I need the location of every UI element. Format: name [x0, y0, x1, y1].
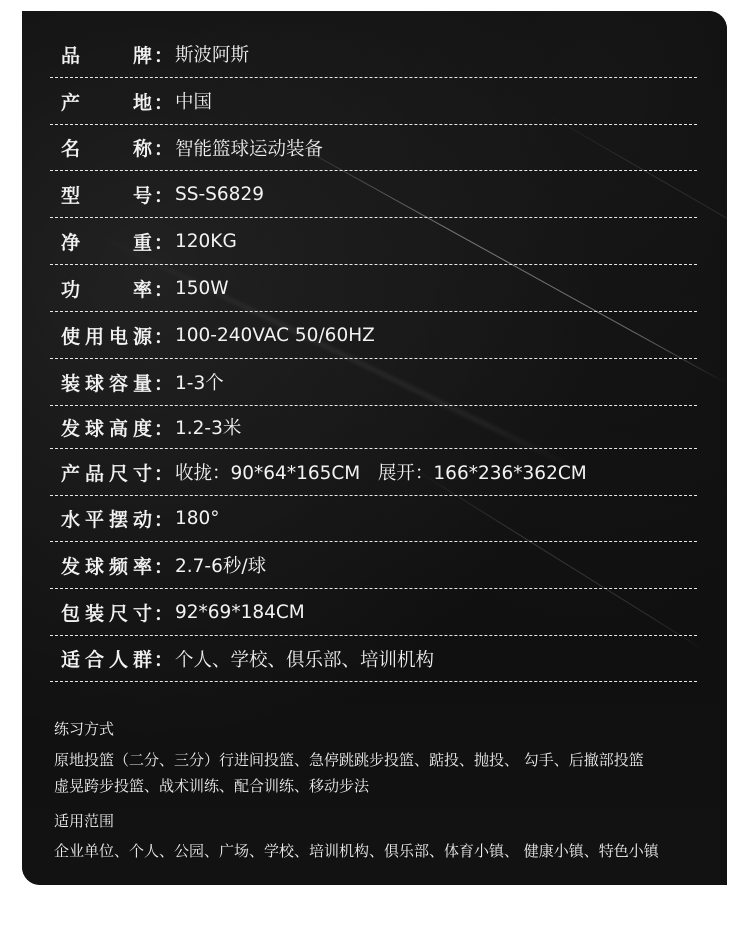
label-char: 寸: [133, 599, 152, 626]
spec-label: 水平摆动 ：: [50, 505, 170, 532]
spec-value: SS-S6829: [170, 184, 264, 205]
label-char: 寸: [133, 459, 152, 486]
label-char: 尺: [109, 459, 128, 486]
label-char: 率: [133, 275, 152, 302]
label-char: 包: [61, 599, 80, 626]
label-char: 摆: [109, 505, 128, 532]
label-char: 装: [85, 599, 104, 626]
label-char: 人: [109, 645, 128, 672]
label-char: 球: [85, 369, 104, 396]
spec-row-net-weight: 净重 ： 120KG: [50, 218, 697, 265]
spec-row-power-supply: 使用电源 ： 100-240VAC 50/60HZ: [50, 312, 697, 359]
label-colon: ：: [154, 181, 170, 208]
practice-title: 练习方式: [54, 718, 114, 739]
label-colon: ：: [154, 414, 170, 441]
label-char: 号: [133, 181, 152, 208]
label-colon: ：: [154, 369, 170, 396]
spec-label: 发球高度 ：: [50, 414, 170, 441]
label-colon: ：: [154, 322, 170, 349]
label-colon: ：: [154, 41, 170, 68]
practice-line: 原地投篮（二分、三分）行进间投篮、急停跳跳步投篮、踮投、抛投、 勾手、后撤部投篮: [54, 749, 644, 770]
spec-value: 个人、学校、俱乐部、培训机构: [170, 646, 434, 672]
label-colon: ：: [154, 599, 170, 626]
label-char: 率: [133, 552, 152, 579]
spec-label: 产地 ：: [50, 88, 170, 115]
label-char: 净: [61, 228, 80, 255]
spec-value: 120KG: [170, 231, 237, 252]
spec-row-brand: 品牌 ： 斯波阿斯: [50, 31, 697, 78]
label-char: 发: [61, 414, 80, 441]
label-char: 发: [61, 552, 80, 579]
practice-line: 虚晃跨步投篮、战术训练、配合训练、移动步法: [54, 775, 369, 796]
label-char: 用: [85, 322, 104, 349]
label-char: 品: [61, 41, 80, 68]
spec-card: 品牌 ： 斯波阿斯 产地 ： 中国 名称 ： 智能篮球运动装备 型号 ：: [22, 11, 727, 885]
label-char: 群: [133, 645, 152, 672]
spec-row-product-size: 产品尺寸 ： 收拢：90*64*165CM 展开：166*236*362CM: [50, 449, 697, 496]
label-colon: ：: [154, 275, 170, 302]
label-char: 动: [133, 505, 152, 532]
spec-row-horizontal-swing: 水平摆动 ： 180°: [50, 496, 697, 542]
spec-value: 1.2-3米: [170, 414, 241, 440]
spec-label: 装球容量 ：: [50, 369, 170, 396]
spec-row-name: 名称 ： 智能篮球运动装备: [50, 125, 697, 171]
label-colon: ：: [154, 228, 170, 255]
label-colon: ：: [154, 134, 170, 161]
spec-value: 92*69*184CM: [170, 602, 305, 623]
label-char: 装: [61, 369, 80, 396]
label-char: 产: [61, 459, 80, 486]
label-char: 型: [61, 181, 80, 208]
label-char: 球: [85, 414, 104, 441]
label-char: 合: [85, 645, 104, 672]
spec-row-launch-frequency: 发球频率 ： 2.7-6秒/球: [50, 542, 697, 589]
label-colon: ：: [154, 505, 170, 532]
label-char: 牌: [133, 41, 152, 68]
label-colon: ：: [154, 88, 170, 115]
label-char: 量: [133, 369, 152, 396]
spec-value: 100-240VAC 50/60HZ: [170, 325, 375, 346]
label-colon: ：: [154, 459, 170, 486]
label-char: 名: [61, 134, 80, 161]
label-char: 产: [61, 88, 80, 115]
label-char: 品: [85, 459, 104, 486]
spec-row-power: 功率 ： 150W: [50, 265, 697, 312]
spec-label: 适合人群 ：: [50, 645, 170, 672]
scope-title: 适用范围: [54, 810, 114, 831]
label-char: 高: [109, 414, 128, 441]
scope-line: 企业单位、个人、公园、广场、学校、培训机构、俱乐部、体育小镇、 健康小镇、特色小…: [54, 840, 659, 861]
spec-row-origin: 产地 ： 中国: [50, 78, 697, 125]
spec-value: 斯波阿斯: [170, 41, 249, 67]
label-char: 称: [133, 134, 152, 161]
spec-label: 包装尺寸 ：: [50, 599, 170, 626]
spec-value: 中国: [170, 88, 212, 114]
label-colon: ：: [154, 645, 170, 672]
spec-value: 180°: [170, 508, 220, 529]
spec-row-target-users: 适合人群 ： 个人、学校、俱乐部、培训机构: [50, 636, 697, 682]
label-char: 水: [61, 505, 80, 532]
label-char: 尺: [109, 599, 128, 626]
spec-row-model: 型号 ： SS-S6829: [50, 171, 697, 218]
label-char: 度: [133, 414, 152, 441]
spec-value: 收拢：90*64*165CM 展开：166*236*362CM: [170, 459, 587, 485]
spec-value: 1-3个: [170, 369, 224, 395]
label-char: 电: [109, 322, 128, 349]
label-char: 适: [61, 645, 80, 672]
spec-label: 名称 ：: [50, 134, 170, 161]
spec-label: 产品尺寸 ：: [50, 459, 170, 486]
spec-label: 发球频率 ：: [50, 552, 170, 579]
label-char: 使: [61, 322, 80, 349]
spec-label: 品牌 ：: [50, 41, 170, 68]
spec-row-package-size: 包装尺寸 ： 92*69*184CM: [50, 589, 697, 636]
label-char: 地: [133, 88, 152, 115]
label-char: 球: [85, 552, 104, 579]
label-char: 功: [61, 275, 80, 302]
label-char: 源: [133, 322, 152, 349]
label-colon: ：: [154, 552, 170, 579]
label-char: 频: [109, 552, 128, 579]
spec-label: 净重 ：: [50, 228, 170, 255]
label-char: 平: [85, 505, 104, 532]
spec-value: 智能篮球运动装备: [170, 135, 323, 161]
spec-value: 2.7-6秒/球: [170, 552, 266, 578]
spec-label: 型号 ：: [50, 181, 170, 208]
spec-label: 使用电源 ：: [50, 322, 170, 349]
label-char: 容: [109, 369, 128, 396]
label-char: 重: [133, 228, 152, 255]
spec-row-launch-height: 发球高度 ： 1.2-3米: [50, 406, 697, 449]
spec-row-ball-capacity: 装球容量 ： 1-3个: [50, 359, 697, 406]
spec-label: 功率 ：: [50, 275, 170, 302]
spec-value: 150W: [170, 278, 229, 299]
